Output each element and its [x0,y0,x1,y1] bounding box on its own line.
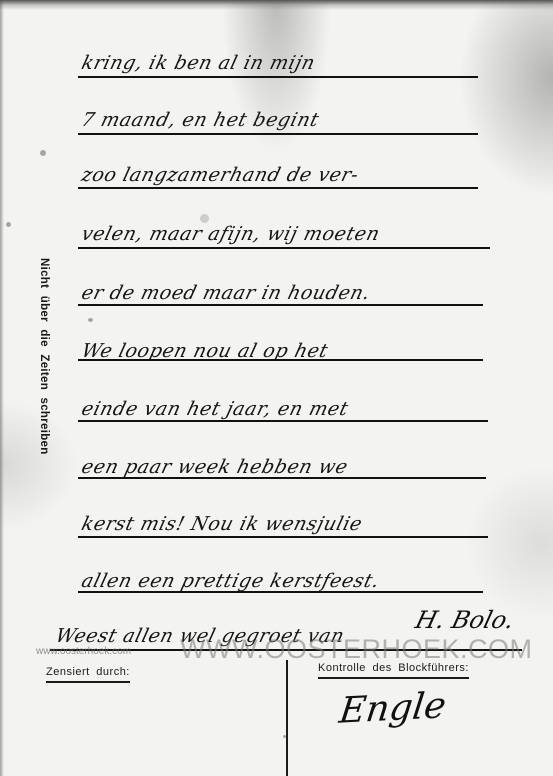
watermark-large: WWW.OOSTERHOEK.COM [180,634,533,665]
censor-underline [46,681,130,683]
handwritten-line: er de moed maar in houden. [79,282,373,304]
ruled-line [78,133,478,135]
handwritten-line: een paar week hebben we [79,456,350,478]
handwritten-line: kring, ik ben al in mijn [79,52,317,74]
paper-speck [40,150,46,156]
handwritten-line: allen een prettige kerstfeest. [79,570,382,592]
handwritten-line: einde van het jaar, en met [79,398,351,420]
paper-speck [6,222,11,227]
ruled-line [78,76,478,78]
ruled-line [78,420,488,422]
block-control-label: Kontrolle des Blockführers: [318,662,469,674]
handwritten-line: 7 maand, en het begint [79,109,321,131]
scan-top-edge [0,0,553,10]
blockfuehrer-signature: Engle [337,685,448,731]
paper-speck [200,214,209,223]
watermark-small: www.oosterhoek.com [36,646,131,657]
ruled-line [78,247,490,249]
handwritten-line: kerst mis! Nou ik wensjulie [79,513,364,535]
handwritten-line: velen, maar afijn, wij moeten [79,223,382,245]
block-control-underline [318,677,469,679]
ruled-line [78,536,488,538]
ruled-line [78,187,478,189]
letter-page: Nicht über die Zeiten schreiben kring, i… [0,0,553,776]
ruled-line [78,304,483,306]
side-instruction-note: Nicht über die Zeiten schreiben [38,258,50,455]
paper-speck [88,318,93,322]
paper-speck [283,735,286,738]
ruled-line [78,591,483,593]
censor-label: Zensiert durch: [46,666,130,678]
block-control-field: Kontrolle des Blockführers: [318,662,469,679]
form-divider [286,660,288,776]
censor-field: Zensiert durch: [46,666,130,683]
handwritten-line: zoo langzamerhand de ver- [79,164,361,186]
scan-left-edge [0,0,4,776]
ruled-line [78,477,486,479]
ruled-line [78,359,483,361]
writer-signature: H. Bolo. [413,606,518,634]
